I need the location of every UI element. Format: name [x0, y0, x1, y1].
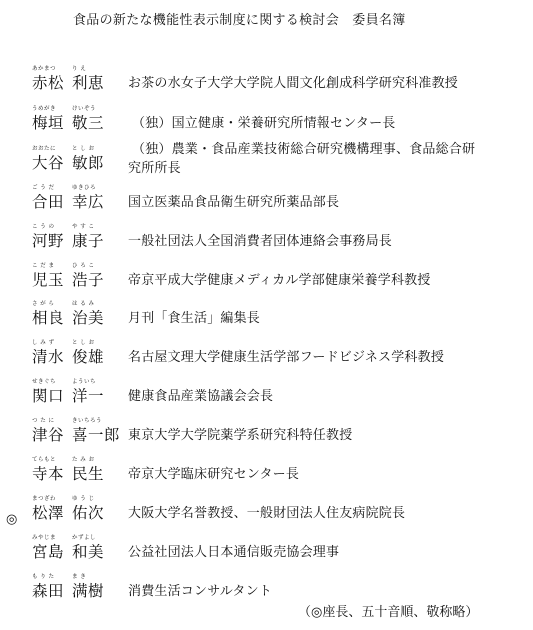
member-given-name: ひ ろ こ 浩子	[72, 263, 104, 290]
member-row: せきぐち 関口 よういち 洋一 健康食品産業協議会会長	[0, 379, 533, 419]
member-given-name: と し お 俊雄	[72, 340, 104, 367]
member-row: おおたに 大谷 と し お 敏郎 （独）農業・食品産業技術総合研究機構理事、食品…	[0, 140, 533, 180]
surname-ruby: し み ず	[32, 340, 64, 347]
given-ruby: り え	[72, 66, 104, 73]
member-given-name: ゆ う じ 佑次	[72, 496, 104, 523]
surname-text: 児玉	[32, 270, 64, 290]
member-given-name: よういち 洋一	[72, 379, 104, 406]
member-given-name: ゆきひろ 幸広	[72, 185, 104, 212]
surname-ruby: せきぐち	[32, 379, 64, 386]
member-surname: みやじま 宮島	[32, 535, 64, 562]
member-row: し み ず 清水 と し お 俊雄 名古屋文理大学健康生活学部フードビジネス学科…	[0, 340, 533, 380]
given-ruby: ひ ろ こ	[72, 263, 104, 270]
member-surname: まつざわ 松澤	[32, 496, 64, 523]
given-text: 喜一郎	[72, 425, 120, 445]
member-surname: てらもと 寺本	[32, 457, 64, 484]
surname-text: 河野	[32, 231, 64, 251]
given-text: 治美	[72, 308, 104, 328]
surname-text: 寺本	[32, 464, 64, 484]
given-text: 敏郎	[72, 153, 104, 173]
surname-text: 森田	[32, 581, 64, 601]
affiliation-line: 大阪大学名誉教授、一般財団法人住友病院院長	[128, 504, 405, 523]
surname-text: 関口	[32, 386, 64, 406]
member-surname: うめがき 梅垣	[32, 106, 64, 133]
member-affiliation: 一般社団法人全国消費者団体連絡会事務局長	[128, 232, 392, 251]
surname-text: 津谷	[32, 425, 64, 445]
given-text: 洋一	[72, 386, 104, 406]
footnote: （◎座長、五十音順、敬称略）	[298, 601, 478, 620]
surname-text: 梅垣	[32, 113, 64, 133]
member-row-chair: ◎ まつざわ 松澤 ゆ う じ 佑次 大阪大学名誉教授、一般財団法人住友病院院長	[0, 496, 533, 536]
affiliation-line: （独）国立健康・栄養研究所情報センター長	[132, 114, 395, 133]
surname-ruby: まつざわ	[32, 496, 64, 503]
given-ruby: かずよし	[72, 535, 104, 542]
chair-double-circle-icon: ◎	[6, 512, 17, 527]
member-affiliation: お茶の水女子大学大学院人間文化創成科学研究科准教授	[128, 74, 458, 93]
member-given-name: かずよし 和美	[72, 535, 104, 562]
given-text: 俊雄	[72, 347, 104, 367]
member-row: さ が ら 相良 は る み 治美 月刊「食生活」編集長	[0, 301, 533, 341]
member-surname: こ う の 河野	[32, 224, 64, 251]
surname-ruby: こ だ ま	[32, 263, 64, 270]
surname-text: 宮島	[32, 542, 64, 562]
given-ruby: は る み	[72, 301, 104, 308]
member-affiliation: 月刊「食生活」編集長	[128, 309, 260, 328]
member-given-name: けいぞう 敬三	[72, 106, 104, 133]
affiliation-line: 究所所長	[128, 159, 475, 178]
member-surname: せきぐち 関口	[32, 379, 64, 406]
surname-ruby: ご う だ	[32, 185, 64, 192]
member-surname: さ が ら 相良	[32, 301, 64, 328]
affiliation-line: 国立医薬品食品衛生研究所薬品部長	[128, 193, 339, 212]
member-given-name: と し お 敏郎	[72, 146, 104, 173]
member-affiliation: 東京大学大学院薬学系研究科特任教授	[128, 426, 352, 445]
surname-text: 赤松	[32, 73, 64, 93]
given-ruby: ま き	[72, 574, 104, 581]
member-affiliation: 健康食品産業協議会会長	[128, 387, 273, 406]
document-title: 食品の新たな機能性表示制度に関する検討会 委員名簿	[73, 9, 406, 28]
surname-ruby: てらもと	[32, 457, 64, 464]
affiliation-line: 公益社団法人日本通信販売協会理事	[128, 543, 339, 562]
given-text: 利恵	[72, 73, 104, 93]
affiliation-line: 名古屋文理大学健康生活学部フードビジネス学科教授	[128, 348, 444, 367]
surname-text: 松澤	[32, 503, 64, 523]
affiliation-line: 帝京大学臨床研究センター長	[128, 465, 299, 484]
member-affiliation: （独）国立健康・栄養研究所情報センター長	[132, 114, 395, 133]
member-row: あかまつ 赤松 り え 利恵 お茶の水女子大学大学院人間文化創成科学研究科准教授	[0, 66, 533, 106]
affiliation-line: 消費生活コンサルタント	[128, 582, 272, 601]
given-text: 民生	[72, 464, 104, 484]
given-ruby: や す こ	[72, 224, 104, 231]
member-affiliation: （独）農業・食品産業技術総合研究機構理事、食品総合研 究所所長	[128, 140, 475, 178]
member-row: ご う だ 合田 ゆきひろ 幸広 国立医薬品食品衛生研究所薬品部長	[0, 185, 533, 225]
member-given-name: り え 利恵	[72, 66, 104, 93]
member-row: つ た に 津谷 きいちろう 喜一郎 東京大学大学院薬学系研究科特任教授	[0, 418, 533, 458]
member-given-name: た み お 民生	[72, 457, 104, 484]
given-text: 幸広	[72, 192, 104, 212]
affiliation-line: 帝京平成大学健康メディカル学部健康栄養学科教授	[128, 271, 431, 290]
member-row: みやじま 宮島 かずよし 和美 公益社団法人日本通信販売協会理事	[0, 535, 533, 575]
member-surname: も り た 森田	[32, 574, 64, 601]
member-given-name: ま き 满樹	[72, 574, 104, 601]
member-surname: おおたに 大谷	[32, 146, 64, 173]
given-text: 浩子	[72, 270, 104, 290]
member-affiliation: 帝京平成大学健康メディカル学部健康栄養学科教授	[128, 271, 431, 290]
affiliation-line: 月刊「食生活」編集長	[128, 309, 260, 328]
member-affiliation: 公益社団法人日本通信販売協会理事	[128, 543, 339, 562]
member-given-name: や す こ 康子	[72, 224, 104, 251]
member-surname: あかまつ 赤松	[32, 66, 64, 93]
member-given-name: きいちろう 喜一郎	[72, 418, 120, 445]
given-ruby: と し お	[72, 146, 104, 153]
surname-text: 合田	[32, 192, 64, 212]
surname-ruby: さ が ら	[32, 301, 64, 308]
member-surname: し み ず 清水	[32, 340, 64, 367]
surname-ruby: も り た	[32, 574, 64, 581]
member-affiliation: 名古屋文理大学健康生活学部フードビジネス学科教授	[128, 348, 444, 367]
given-text: 康子	[72, 231, 104, 251]
given-ruby: ゆ う じ	[72, 496, 104, 503]
given-ruby: けいぞう	[72, 106, 104, 113]
surname-ruby: うめがき	[32, 106, 64, 113]
affiliation-line: 健康食品産業協議会会長	[128, 387, 273, 406]
given-text: 和美	[72, 542, 104, 562]
affiliation-line: （独）農業・食品産業技術総合研究機構理事、食品総合研	[132, 140, 475, 159]
given-text: 佑次	[72, 503, 104, 523]
surname-text: 相良	[32, 308, 64, 328]
given-text: 敬三	[72, 113, 104, 133]
given-ruby: きいちろう	[72, 418, 120, 425]
given-text: 满樹	[72, 581, 104, 601]
surname-ruby: つ た に	[32, 418, 64, 425]
member-surname: つ た に 津谷	[32, 418, 64, 445]
member-affiliation: 大阪大学名誉教授、一般財団法人住友病院院長	[128, 504, 405, 523]
given-ruby: た み お	[72, 457, 104, 464]
member-affiliation: 消費生活コンサルタント	[128, 582, 272, 601]
surname-ruby: こ う の	[32, 224, 64, 231]
surname-ruby: あかまつ	[32, 66, 64, 73]
affiliation-line: お茶の水女子大学大学院人間文化創成科学研究科准教授	[128, 74, 458, 93]
member-surname: ご う だ 合田	[32, 185, 64, 212]
given-ruby: よういち	[72, 379, 104, 386]
member-affiliation: 帝京大学臨床研究センター長	[128, 465, 299, 484]
given-ruby: ゆきひろ	[72, 185, 104, 192]
surname-ruby: おおたに	[32, 146, 64, 153]
member-affiliation: 国立医薬品食品衛生研究所薬品部長	[128, 193, 339, 212]
affiliation-line: 東京大学大学院薬学系研究科特任教授	[128, 426, 352, 445]
member-given-name: は る み 治美	[72, 301, 104, 328]
surname-ruby: みやじま	[32, 535, 64, 542]
given-ruby: と し お	[72, 340, 104, 347]
member-row: こ う の 河野 や す こ 康子 一般社団法人全国消費者団体連絡会事務局長	[0, 224, 533, 264]
member-row: こ だ ま 児玉 ひ ろ こ 浩子 帝京平成大学健康メディカル学部健康栄養学科教…	[0, 263, 533, 303]
affiliation-line: 一般社団法人全国消費者団体連絡会事務局長	[128, 232, 392, 251]
member-row: てらもと 寺本 た み お 民生 帝京大学臨床研究センター長	[0, 457, 533, 497]
member-surname: こ だ ま 児玉	[32, 263, 64, 290]
surname-text: 清水	[32, 347, 64, 367]
surname-text: 大谷	[32, 153, 64, 173]
